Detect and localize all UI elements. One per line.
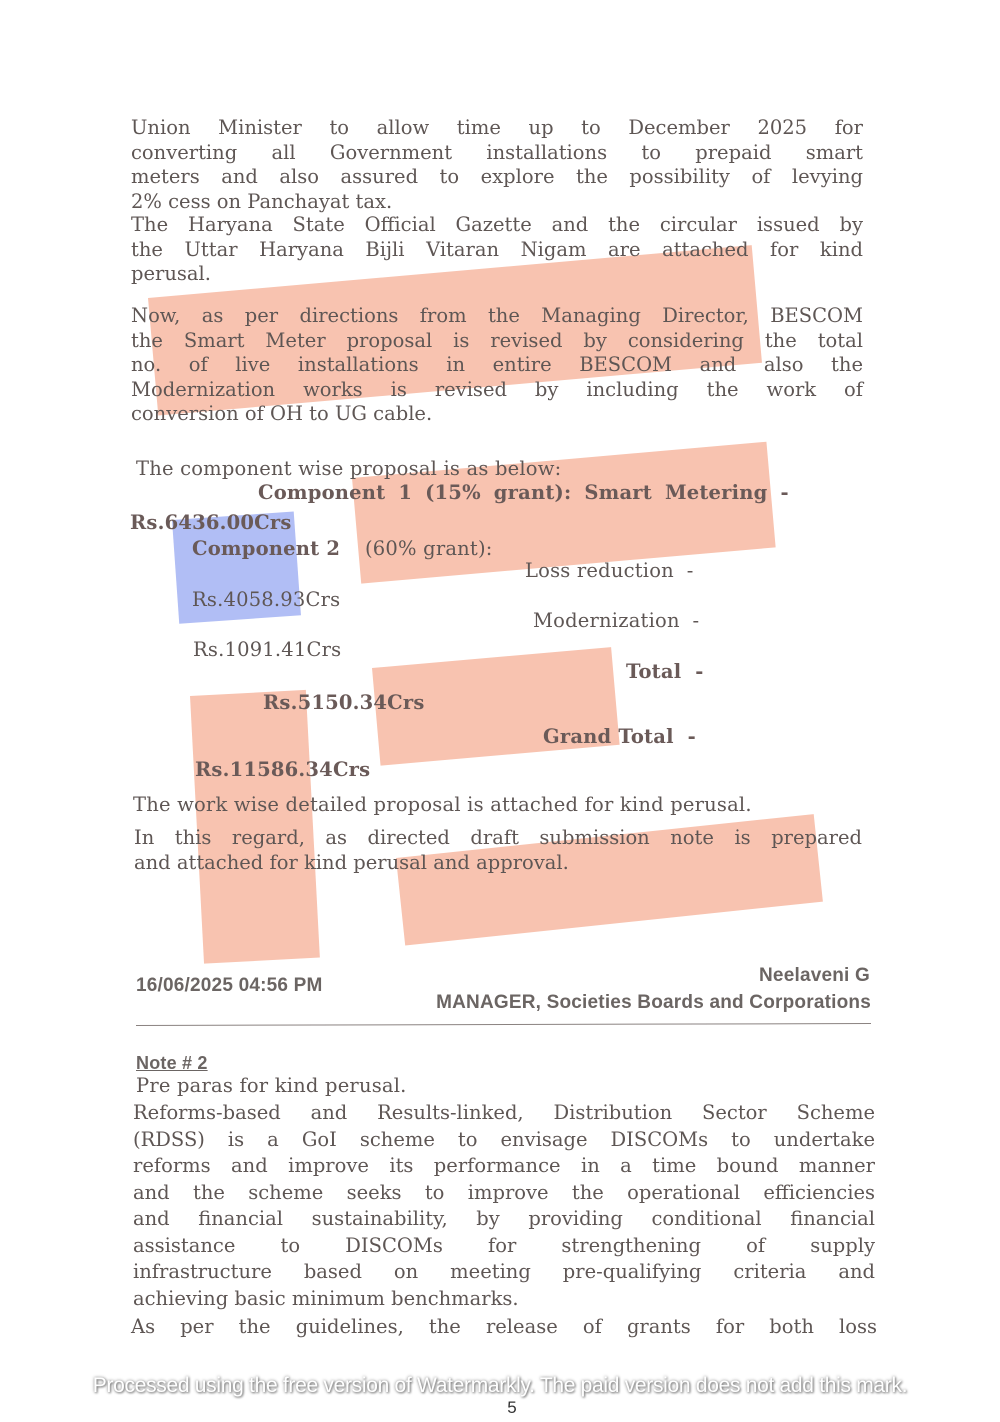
component2-total-amount: Rs.5150.34Crs — [263, 690, 425, 715]
signature-timestamp: 16/06/2025 04:56 PM — [136, 973, 323, 998]
page-number: 5 — [0, 1398, 1000, 1418]
text-line: conversion of OH to UG cable. — [131, 402, 863, 427]
signatory-designation: MANAGER, Societies Boards and Corporatio… — [436, 990, 871, 1015]
text-line: In this regard, as directed draft submis… — [134, 826, 862, 851]
text-line: The Haryana State Official Gazette and t… — [131, 213, 863, 238]
text-line: and attached for kind perusal and approv… — [134, 851, 862, 876]
component1-amount: Rs.6436.00Crs — [130, 510, 292, 535]
text-line: meters and also assured to explore the p… — [131, 165, 863, 190]
text-line: achieving basic minimum benchmarks. — [133, 1286, 875, 1313]
text-line: infrastructure based on meeting pre-qual… — [133, 1259, 875, 1286]
loss-reduction-amount: Rs.4058.93Crs — [192, 587, 340, 612]
modernization-amount: Rs.1091.41Crs — [193, 637, 341, 662]
text-line: Modernization works is revised by includ… — [131, 378, 863, 403]
text-line: (RDSS) is a GoI scheme to envisage DISCO… — [133, 1127, 875, 1154]
text-line: no. of live installations in entire BESC… — [131, 353, 863, 378]
text-line: perusal. — [131, 262, 863, 287]
paragraph-rdss: Reforms-based and Results-linked, Distri… — [133, 1100, 875, 1312]
paragraph-attached: The work wise detailed proposal is attac… — [133, 792, 752, 817]
paragraph-haryana: The Haryana State Official Gazette and t… — [131, 213, 863, 287]
watermark-text: Processed using the free version of Wate… — [0, 1374, 1000, 1398]
text-line: As per the guidelines, the release of gr… — [131, 1314, 877, 1340]
text-line: reforms and improve its performance in a… — [133, 1153, 875, 1180]
text-line: 2% cess on Panchayat tax. — [131, 190, 863, 215]
note-intro: Pre paras for kind perusal. — [136, 1073, 407, 1098]
text-line: and the scheme seeks to improve the oper… — [133, 1180, 875, 1207]
text-line: assistance to DISCOMs for strengthening … — [133, 1233, 875, 1260]
grand-total-label: Grand Total - — [543, 724, 696, 749]
text-line: the Uttar Haryana Bijli Vitaran Nigam ar… — [131, 238, 863, 263]
paragraph-draft-note: In this regard, as directed draft submis… — [134, 826, 862, 875]
text-line: Now, as per directions from the Managing… — [131, 304, 863, 329]
paragraph-guidelines: As per the guidelines, the release of gr… — [131, 1314, 877, 1340]
component2-grant: (60% grant): — [365, 536, 493, 561]
text-line: and financial sustainability, by providi… — [133, 1206, 875, 1233]
loss-reduction-label: Loss reduction - — [525, 558, 693, 583]
proposal-intro: The component wise proposal is as below: — [136, 456, 561, 481]
grand-total-amount: Rs.11586.34Crs — [195, 757, 370, 782]
document-page: Union Minister to allow time up to Decem… — [0, 0, 1000, 1422]
component2-title: Component 2 — [192, 537, 340, 560]
text-line: converting all Government installations … — [131, 141, 863, 166]
text-line: Reforms-based and Results-linked, Distri… — [133, 1100, 875, 1127]
component1-label: Component 1 (15% grant): Smart Metering … — [258, 480, 789, 505]
modernization-label: Modernization - — [533, 608, 699, 633]
paragraph-revision: Now, as per directions from the Managing… — [131, 304, 863, 427]
component2-label: Component 2 — [192, 536, 340, 561]
text-line: the Smart Meter proposal is revised by c… — [131, 329, 863, 354]
component2-total-label: Total - — [626, 659, 704, 684]
text-line: Union Minister to allow time up to Decem… — [131, 116, 863, 141]
section-divider — [136, 1023, 871, 1026]
paragraph-cess: Union Minister to allow time up to Decem… — [131, 116, 863, 214]
signatory-name: Neelaveni G — [759, 963, 870, 988]
